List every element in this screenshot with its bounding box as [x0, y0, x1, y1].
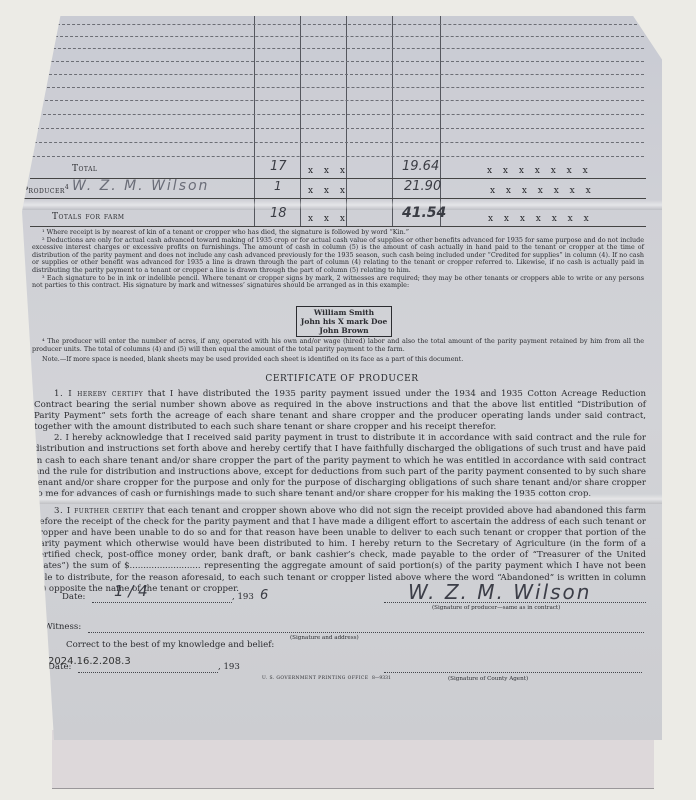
total-col3: x x x: [308, 166, 349, 176]
example-signer: William Smith: [297, 308, 391, 317]
farm-total-acres: 18: [270, 206, 287, 221]
paragraph-lead: 3. I further certify: [54, 506, 144, 516]
row-rule: [22, 198, 646, 199]
form-code: 8—9331: [372, 676, 391, 681]
farm-col3: x x x: [308, 214, 349, 224]
date-line[interactable]: [92, 602, 232, 603]
producer-amount: 21.90: [404, 179, 441, 194]
total-col6: x x x x x x x: [487, 166, 592, 176]
blank-row: [50, 36, 644, 37]
producer-row-label: Producer4: [22, 184, 69, 196]
date-value: 1 / 4: [114, 582, 148, 600]
blank-row: [46, 61, 644, 62]
certificate-paragraph-1: 1. I hereby certify that I have distribu…: [34, 389, 646, 433]
witness-label: Witness:: [44, 622, 81, 632]
footnote-ref: 4: [65, 184, 69, 191]
farm-totals-label: Totals for farm: [52, 212, 124, 222]
paper-fold: [22, 200, 662, 210]
blank-row: [38, 114, 644, 115]
certificate-body: 1. I hereby certify that I have distribu…: [34, 389, 646, 500]
date-label: Date:: [62, 592, 85, 602]
total-amount: 19.64: [402, 159, 439, 174]
blank-row: [52, 24, 642, 25]
agent-signature-caption: (Signature of County Agent): [448, 676, 528, 682]
blank-row: [34, 142, 644, 143]
blank-row: [42, 87, 644, 88]
producer-label-text: Producer: [22, 186, 65, 196]
certificate-title: CERTIFICATE OF PRODUCER: [22, 374, 662, 384]
farm-col6: x x x x x x x: [488, 214, 593, 224]
correct-statement: Correct to the best of my knowledge and …: [66, 640, 274, 650]
blank-row: [32, 156, 644, 157]
farm-total-amount: 41.54: [402, 205, 446, 221]
example-signature-box: William Smith John his X mark Doe John B…: [296, 306, 392, 337]
catalog-number: 2024.16.2.208.3: [48, 656, 131, 667]
footnote-2: ² Deductions are only for actual cash ad…: [32, 237, 644, 275]
producer-signature: W. Z. M. Wilson: [408, 580, 591, 604]
blank-row: [48, 48, 644, 49]
witness-line[interactable]: [88, 632, 644, 633]
year-digit: 6: [260, 588, 268, 603]
agent-date-line[interactable]: [78, 672, 218, 673]
blank-row: [44, 74, 644, 75]
paper-fold: [22, 494, 662, 504]
footnote-3: ³ Each signature to be in ink or indelib…: [32, 275, 644, 290]
agent-signature-line[interactable]: [384, 672, 642, 673]
producer-col6: x x x x x x x: [490, 186, 595, 196]
printer-imprint: U. S. GOVERNMENT PRINTING OFFICE: [262, 676, 368, 681]
example-mark: John his X mark Doe: [297, 317, 391, 326]
producer-acres: 1: [274, 179, 282, 193]
footnote-4-block: ⁴ The producer will enter the number of …: [32, 338, 644, 364]
total-acres: 17: [270, 159, 287, 174]
paragraph-lead: 1. I hereby certify: [54, 389, 143, 399]
witness-caption: (Signature and address): [290, 635, 359, 641]
blank-row: [36, 128, 644, 129]
producer-col3: x x x: [308, 186, 349, 196]
producer-signature-caption: (Signature of producer—same as in contra…: [432, 605, 560, 611]
agent-year: , 193: [218, 662, 240, 672]
document-sheet: Total 17 x x x 19.64 x x x x x x x Produ…: [22, 16, 662, 740]
year-prefix: , 193: [232, 592, 254, 602]
blank-row: [40, 100, 644, 101]
note: Note.—If more space is needed, blank she…: [32, 356, 644, 364]
certificate-paragraph-2: 2. I hereby acknowledge that I received …: [34, 433, 646, 500]
footnotes: ¹ Where receipt is by nearest of kin of …: [32, 229, 644, 290]
footnote-4: ⁴ The producer will enter the number of …: [32, 338, 644, 353]
total-row-label: Total: [72, 164, 97, 174]
example-witness: John Brown: [297, 326, 391, 335]
producer-name: W. Z. M. Wilson: [72, 178, 209, 194]
row-rule: [30, 226, 646, 227]
